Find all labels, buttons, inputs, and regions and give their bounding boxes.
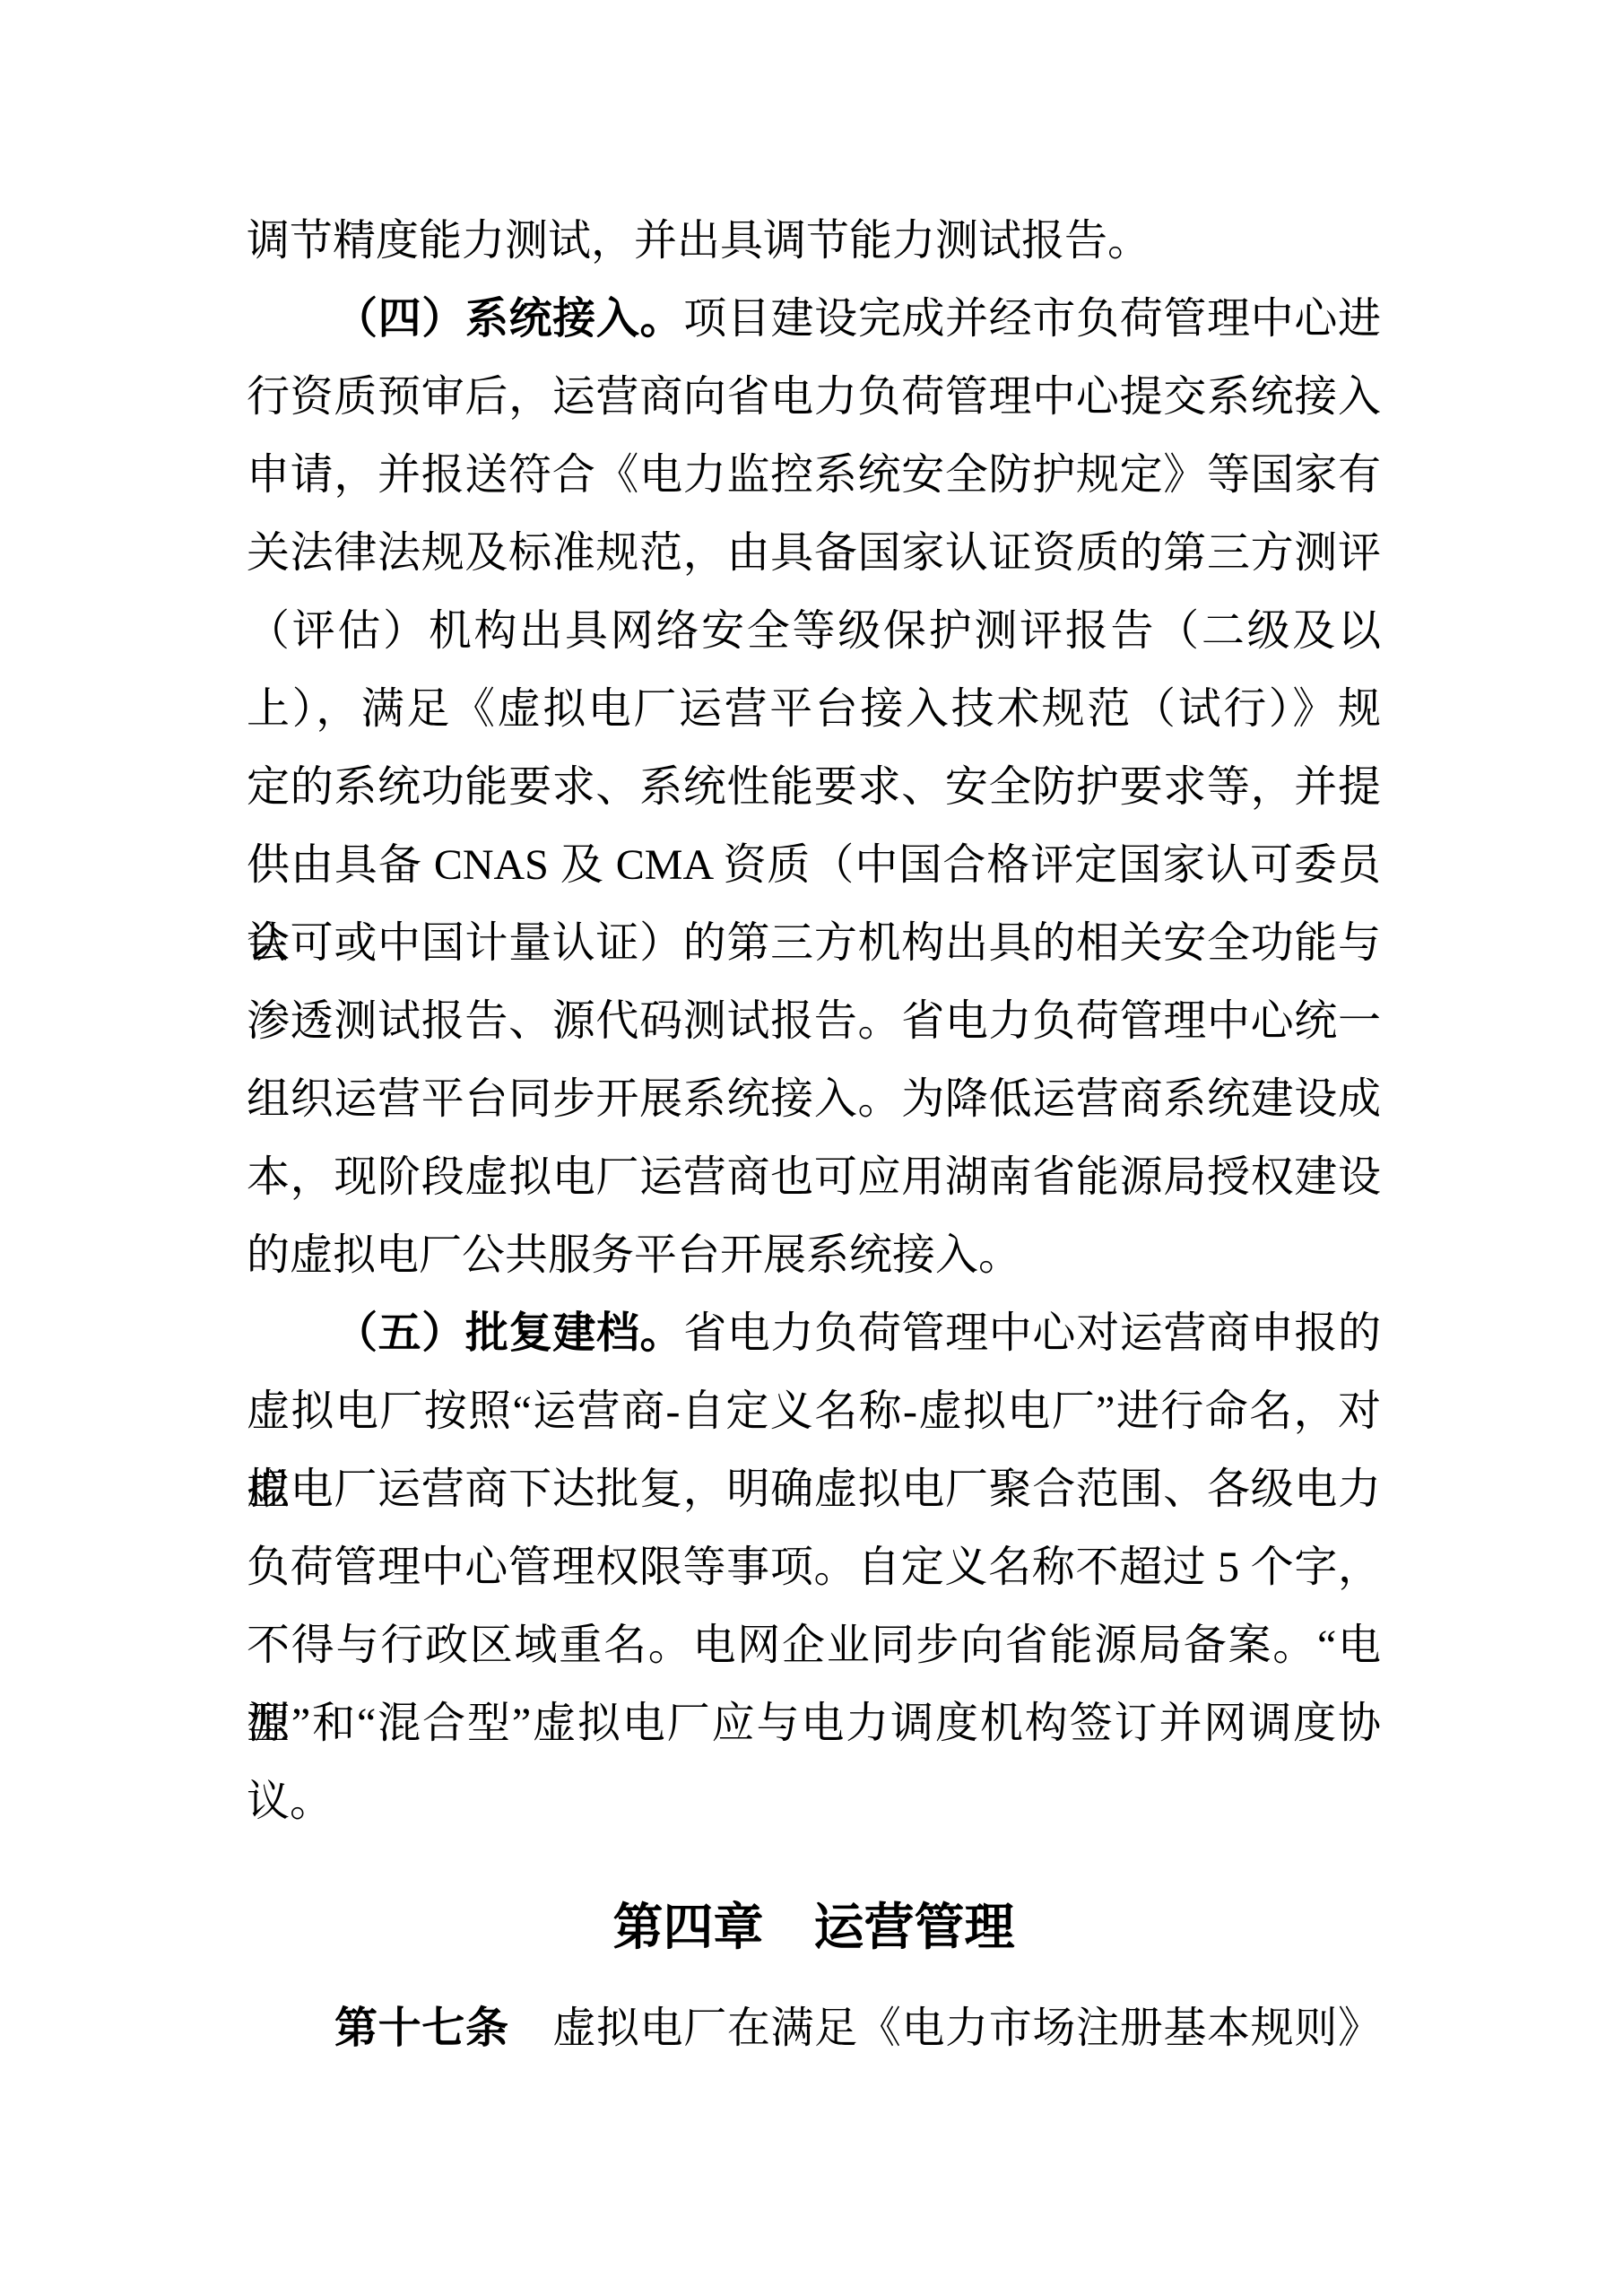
text-line: 负荷管理中心管理权限等事项。自定义名称不超过 5 个字，: [247, 1528, 1381, 1606]
text-run: （评估）机构出具网络安全等级保护测评报告（二级及以: [247, 607, 1381, 655]
text-run: 组织运营平台同步开展系统接入。为降低运营商系统建设成: [247, 1075, 1381, 1123]
text-line: 议。: [247, 1762, 1381, 1840]
text-line: 认可或中国计量认证）的第三方机构出具的相关安全功能与: [247, 904, 1381, 982]
text-run: 的虚拟电厂公共服务平台开展系统接入。: [247, 1231, 1021, 1279]
text-run: 行资质预审后，运营商向省电力负荷管理中心提交系统接入: [247, 373, 1381, 421]
text-run: 虚拟电厂在满足《电力市场注册基本规则》: [509, 2005, 1381, 2052]
text-run: 拟电厂运营商下达批复，明确虚拟电厂聚合范围、各级电力: [247, 1465, 1381, 1513]
text-line: 的虚拟电厂公共服务平台开展系统接入。: [247, 1216, 1381, 1294]
text-line: 定的系统功能要求、系统性能要求、安全防护要求等，并提: [247, 748, 1381, 826]
text-run: 申请，并报送符合《电力监控系统安全防护规定》等国家有: [247, 451, 1381, 499]
text-line: 供由具备 CNAS 及 CMA 资质（中国合格评定国家认可委员会: [247, 826, 1381, 904]
text-run: 本，现阶段虚拟电厂运营商也可应用湖南省能源局授权建设: [247, 1153, 1381, 1201]
text-line: 调节精度能力测试，并出具调节能力测试报告。: [247, 202, 1381, 280]
text-run: 调节精度能力测试，并出具调节能力测试报告。: [247, 217, 1150, 265]
bold-run: （五）批复建档。: [334, 1309, 683, 1357]
text-run: 认可或中国计量认证）的第三方机构出具的相关安全功能与: [247, 919, 1381, 967]
text-line: （四）系统接入。项目建设完成并经市负荷管理中心进: [247, 280, 1381, 358]
text-run: 议。: [247, 1778, 333, 1825]
article-line: 第十七条 虚拟电厂在满足《电力市场注册基本规则》: [247, 1989, 1381, 2067]
text-line: 申请，并报送符合《电力监控系统安全防护规定》等国家有: [247, 436, 1381, 514]
text-line: 型”和“混合型”虚拟电厂应与电力调度机构签订并网调度协: [247, 1684, 1381, 1762]
text-line: （评估）机构出具网络安全等级保护测评报告（二级及以: [247, 592, 1381, 670]
text-run: 上），满足《虚拟电厂运营平台接入技术规范（试行）》规: [247, 685, 1381, 733]
text-run: 项目建设完成并经市负荷管理中心进: [683, 295, 1381, 343]
bold-run: （四）系统接入。: [334, 295, 683, 343]
text-line: （五）批复建档。省电力负荷管理中心对运营商申报的: [247, 1294, 1381, 1372]
body-paragraph-lines: 调节精度能力测试，并出具调节能力测试报告。（四）系统接入。项目建设完成并经市负荷…: [247, 202, 1381, 1840]
text-run: 定的系统功能要求、系统性能要求、安全防护要求等，并提: [247, 763, 1381, 811]
text-line: 渗透测试报告、源代码测试报告。省电力负荷管理中心统一: [247, 982, 1381, 1060]
text-run: 渗透测试报告、源代码测试报告。省电力负荷管理中心统一: [247, 997, 1381, 1045]
blank-line-spacer: [247, 1840, 1381, 1888]
text-line: 组织运营平台同步开展系统接入。为降低运营商系统建设成: [247, 1060, 1381, 1138]
text-line: 不得与行政区域重名。电网企业同步向省能源局备案。“电源: [247, 1606, 1381, 1684]
chapter-heading: 第四章 运营管理: [247, 1888, 1381, 1966]
text-block: 调节精度能力测试，并出具调节能力测试报告。（四）系统接入。项目建设完成并经市负荷…: [247, 202, 1381, 2067]
text-line: 本，现阶段虚拟电厂运营商也可应用湖南省能源局授权建设: [247, 1138, 1381, 1216]
text-line: 上），满足《虚拟电厂运营平台接入技术规范（试行）》规: [247, 670, 1381, 748]
text-line: 拟电厂运营商下达批复，明确虚拟电厂聚合范围、各级电力: [247, 1450, 1381, 1528]
document-page: 调节精度能力测试，并出具调节能力测试报告。（四）系统接入。项目建设完成并经市负荷…: [0, 0, 1623, 2296]
text-run: 负荷管理中心管理权限等事项。自定义名称不超过 5 个字，: [247, 1544, 1381, 1591]
bold-run: 第十七条: [334, 2005, 509, 2052]
text-line: 关法律法规及标准规范，由具备国家认证资质的第三方测评: [247, 514, 1381, 592]
text-run: 关法律法规及标准规范，由具备国家认证资质的第三方测评: [247, 529, 1381, 577]
text-run: 型”和“混合型”虚拟电厂应与电力调度机构签订并网调度协: [247, 1700, 1381, 1747]
text-line: 行资质预审后，运营商向省电力负荷管理中心提交系统接入: [247, 358, 1381, 436]
text-line: 虚拟电厂按照“运营商-自定义名称-虚拟电厂”进行命名，对虚: [247, 1372, 1381, 1450]
text-run: 省电力负荷管理中心对运营商申报的: [683, 1309, 1381, 1357]
